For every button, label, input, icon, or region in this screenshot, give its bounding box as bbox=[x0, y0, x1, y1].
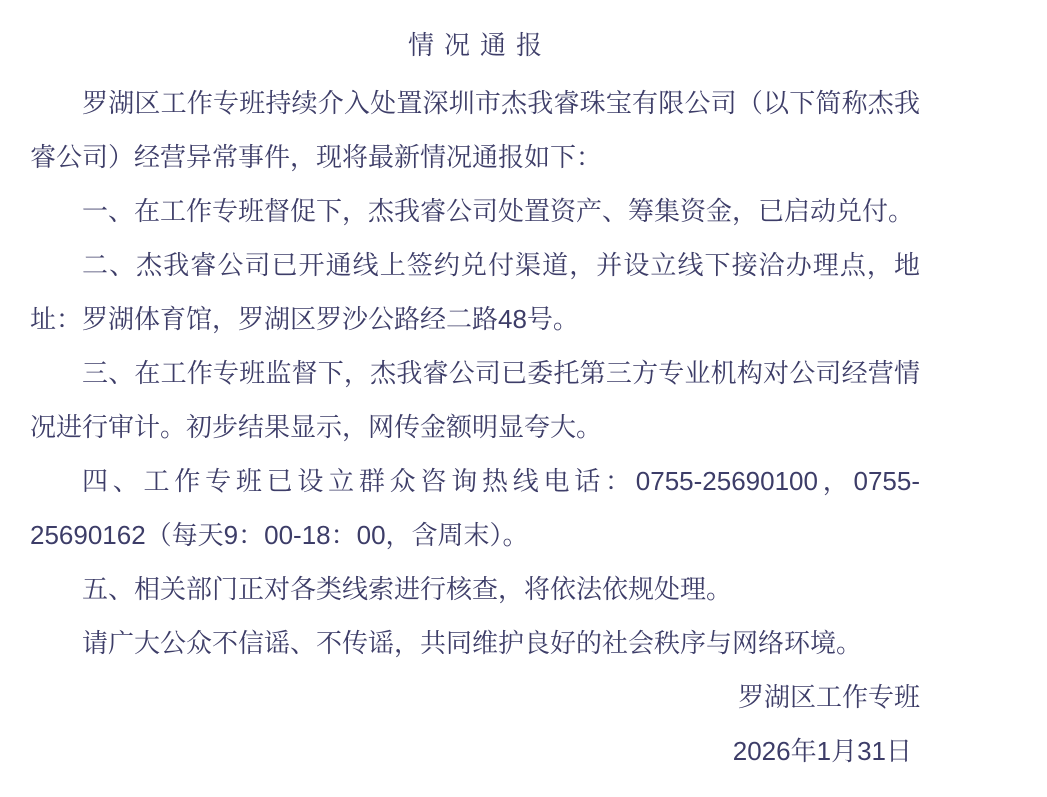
item-3-paragraph: 三、在工作专班监督下，杰我睿公司已委托第三方专业机构对公司经营情况进行审计。初步… bbox=[30, 346, 920, 454]
item-1-paragraph: 一、在工作专班督促下，杰我睿公司处置资产、筹集资金，已启动兑付。 bbox=[30, 184, 920, 238]
item-2-paragraph: 二、杰我睿公司已开通线上签约兑付渠道，并设立线下接洽办理点，地址：罗湖体育馆，罗… bbox=[30, 238, 920, 346]
intro-paragraph: 罗湖区工作专班持续介入处置深圳市杰我睿珠宝有限公司（以下简称杰我睿公司）经营异常… bbox=[30, 76, 920, 184]
item-4-hotline-paragraph: 四、工作专班已设立群众咨询热线电话：0755-25690100，0755-256… bbox=[30, 454, 920, 562]
item-5-paragraph: 五、相关部门正对各类线索进行核查，将依法依规处理。 bbox=[30, 562, 920, 616]
issue-date: 2026年1月31日 bbox=[30, 724, 920, 778]
issuer-signature: 罗湖区工作专班 bbox=[30, 670, 920, 724]
notice-document: 情况通报 罗湖区工作专班持续介入处置深圳市杰我睿珠宝有限公司（以下简称杰我睿公司… bbox=[0, 0, 1047, 797]
closing-appeal-paragraph: 请广大公众不信谣、不传谣，共同维护良好的社会秩序与网络环境。 bbox=[30, 616, 920, 670]
document-title: 情况通报 bbox=[30, 18, 920, 72]
